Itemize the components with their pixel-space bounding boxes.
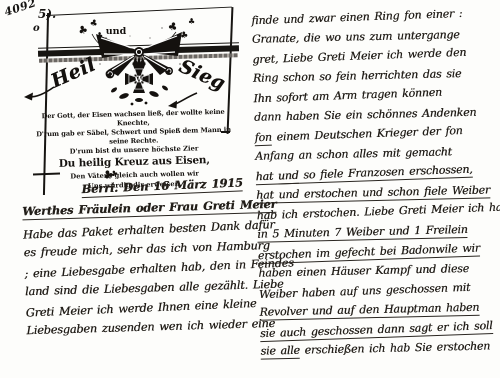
left-body-lines: Habe das Paket erhalten besten Dank dafü… (23, 220, 249, 344)
svg-text:♣: ♣ (76, 22, 89, 37)
und-label: und (106, 26, 127, 37)
text-segment: erschießen ich hab Sie erstochen (300, 340, 491, 357)
underlined-text-segment: und (278, 169, 299, 184)
underlined-text-segment: fon (254, 131, 272, 146)
handwritten-line: sie alle erschießen ich hab Sie erstoche… (260, 339, 500, 364)
sieg-arrow-flourish-icon (166, 90, 200, 110)
archival-number: 4092 (3, 0, 38, 19)
heil-arrow-flourish-icon (22, 84, 56, 104)
iron-cross-icon: W (125, 65, 153, 93)
svg-text:♣: ♣ (88, 18, 98, 30)
right-body-lines: finde und zwar einen Ring fon einer :Gra… (251, 7, 500, 365)
cross-monogram: W (134, 75, 144, 84)
svg-text:♣: ♣ (166, 19, 179, 34)
scanned-letter-page: 4092 5). o ♣ ♣ ♣ ♣ ♣ ♣ und (0, 0, 500, 378)
svg-text:♣: ♣ (188, 17, 195, 26)
text-segment: hat (255, 170, 278, 184)
letter-left-column: Berri. Den 16 März 1915 Werthes Fräulein… (21, 176, 248, 344)
letter-right-column: finde und zwar einen Ring fon einer :Gra… (251, 7, 500, 365)
archival-squiggle-mark: o (33, 23, 40, 34)
underlined-text-segment: sie alle (260, 344, 300, 359)
text-segment: finde und zwar einen Ring fon einer : (251, 7, 462, 27)
